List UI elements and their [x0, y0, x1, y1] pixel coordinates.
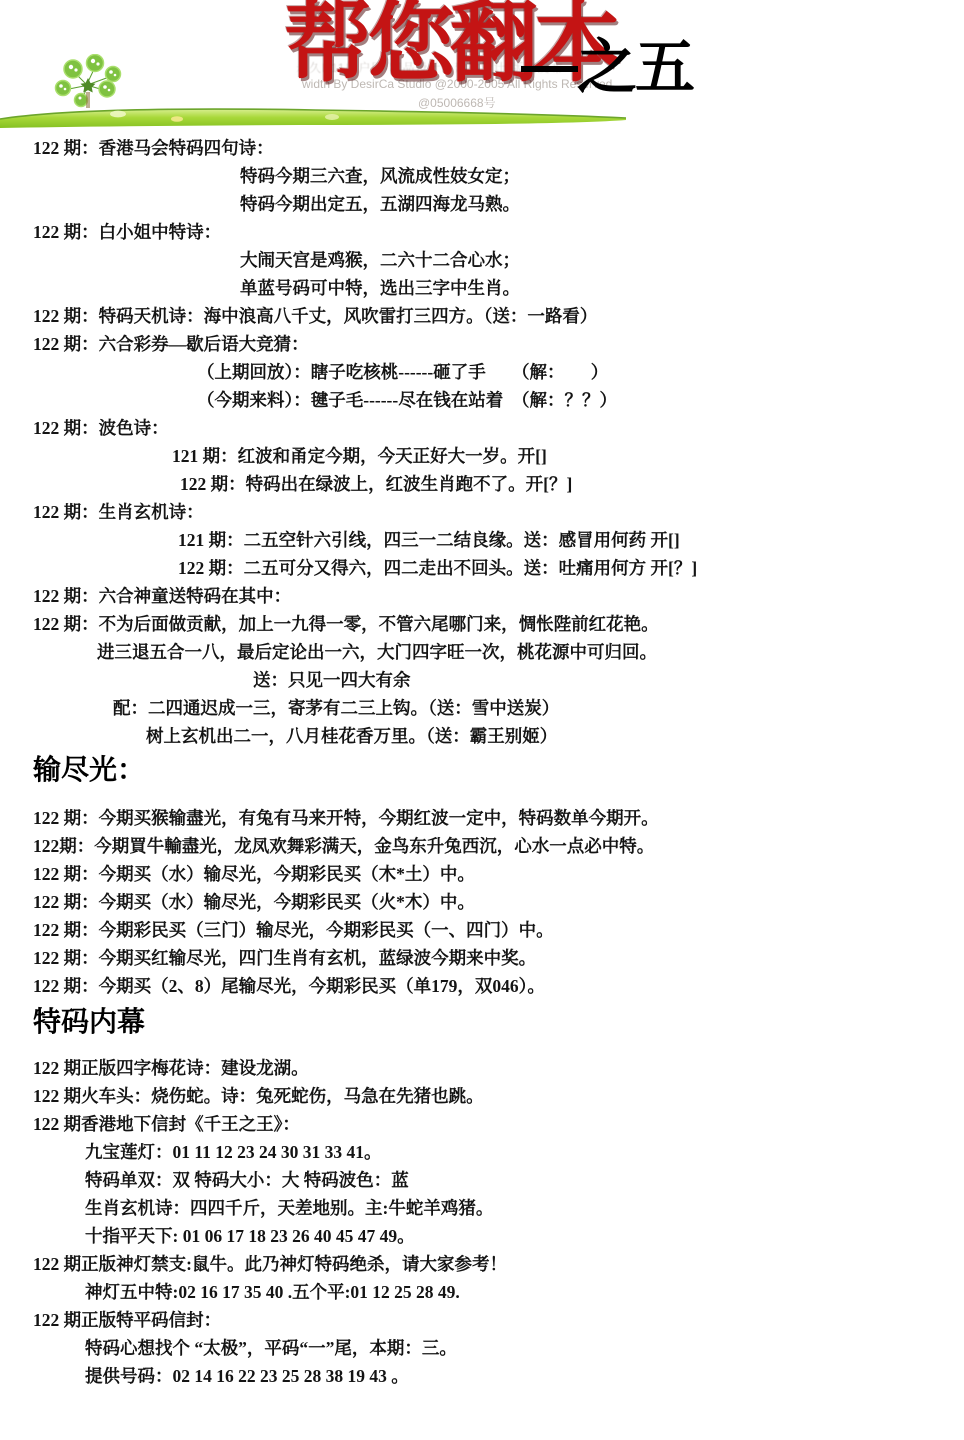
text-line: 122 期：今期买猴输盡光，有兔有马来开特，今期红波一定中，特码数单今期开。 — [33, 804, 964, 832]
text-line: 特码今期三六查，风流成性妓女定； — [240, 162, 964, 190]
text-line: 122 期：白小姐中特诗： — [33, 218, 964, 246]
section-heading-shujinguang: 输尽光： — [33, 754, 964, 788]
text-line: 122 期：六合彩券—歇后语大竞猜： — [33, 330, 964, 358]
text-line: 特码心想找个 “太极”，平码“一”尾，本期：三。 — [85, 1334, 964, 1362]
text-line: 122 期：二五可分又得六，四二走出不回头。送：吐痛用何方 开[？] — [178, 554, 964, 582]
text-line: 单蓝号码可中特，选出三字中生肖。 — [240, 274, 964, 302]
text-line: 进三退五合一八，最后定论出一六，大门四字旺一次，桃花源中可归回。 — [97, 638, 964, 666]
text-line: 122 期：波色诗： — [33, 414, 964, 442]
text-line: 122 期火车头：烧伤蛇。诗：兔死蛇伤，马急在先猪也跳。 — [33, 1082, 964, 1110]
text-line: 122 期：香港马会特码四句诗： — [33, 134, 964, 162]
text-line: （上期回放）：瞎子吃核桃------砸了手 （解： ） — [197, 358, 964, 386]
text-line: 生肖玄机诗：四四千斤，天差地别。主:牛蛇羊鸡猪。 — [85, 1194, 964, 1222]
text-line: 122期：今期買牛輸盡光，龙凤欢舞彩满天，金鸟东升兔西沉，心水一点必中特。 — [33, 832, 964, 860]
page-header: 永久B11门户网·精品设计｜建站设计·版权发布 width By DesirCa… — [0, 0, 964, 134]
text-line: 特码单双：双 特码大小：大 特码波色：蓝 — [85, 1166, 964, 1194]
text-line: 树上玄机出二一，八月桂花香万里。（送：霸王别姬） — [146, 722, 964, 750]
text-line: 122 期正版特平码信封： — [33, 1306, 964, 1334]
text-line: 122 期：今期买（水）输尽光，今期彩民买（火*木）中。 — [33, 888, 964, 916]
text-line: 神灯五中特:02 16 17 35 40 .五个平:01 12 25 28 49… — [85, 1278, 964, 1306]
page-title-calligraphy: 帮您翻本 — [284, 0, 616, 98]
text-line: （今期来料）：毽子毛------尽在钱在站着 （解：？？） — [197, 386, 964, 414]
text-line: 122 期：今期买（水）输尽光，今期彩民买（木*土）中。 — [33, 860, 964, 888]
page-title-suffix: 之五 — [577, 38, 693, 98]
text-line: 122 期：特码出在绿波上，红波生肖跑不了。开[？] — [180, 470, 964, 498]
text-line: 大闹天宫是鸡猴，二六十二合心水； — [240, 246, 964, 274]
text-line: 送：只见一四大有余 — [253, 666, 964, 694]
section-heading-neimu: 特码内幕 — [33, 1006, 964, 1040]
text-line: 配：二四通迟成一三，寄茅有二三上钩。（送：雪中送炭） — [113, 694, 964, 722]
neimu-section: 122 期正版四字梅花诗：建设龙湖。122 期火车头：烧伤蛇。诗：兔死蛇伤，马急… — [0, 1054, 964, 1390]
text-line: 122 期：今期彩民买（三门）输尽光，今期彩民买（一、四门）中。 — [33, 916, 964, 944]
text-line: 提供号码：02 14 16 22 23 25 28 38 19 43 。 — [85, 1362, 964, 1390]
scanned-lottery-tipsheet-page: 永久B11门户网·精品设计｜建站设计·版权发布 width By DesirCa… — [0, 0, 964, 1440]
text-line: 122 期：今期买红输尽光，四门生肖有玄机，蓝绿波今期来中奖。 — [33, 944, 964, 972]
document-body: 122 期：香港马会特码四句诗：特码今期三六查，风流成性妓女定；特码今期出定五，… — [0, 134, 964, 1390]
title-dash — [521, 66, 578, 72]
text-line: 特码今期出定五，五湖四海龙马熟。 — [240, 190, 964, 218]
text-line: 122 期正版神灯禁支:鼠牛。此乃神灯特码绝杀，请大家参考！ — [33, 1250, 964, 1278]
text-line: 121 期：二五空针六引线，四三一二结良缘。送：感冒用何药 开[] — [178, 526, 964, 554]
text-line: 122 期：六合神童送特码在其中： — [33, 582, 964, 610]
green-divider-band — [0, 103, 630, 130]
text-line: 122 期正版四字梅花诗：建设龙湖。 — [33, 1054, 964, 1082]
text-line: 122 期：特码天机诗：海中浪高八千丈，风吹雷打三四方。（送：一路看） — [33, 302, 964, 330]
intro-section: 122 期：香港马会特码四句诗：特码今期三六查，风流成性妓女定；特码今期出定五，… — [0, 134, 964, 750]
text-line: 122 期：生肖玄机诗： — [33, 498, 964, 526]
shujinguang-section: 122 期：今期买猴输盡光，有兔有马来开特，今期红波一定中，特码数单今期开。12… — [0, 804, 964, 1000]
text-line: 九宝莲灯：01 11 12 23 24 30 31 33 41。 — [85, 1138, 964, 1166]
text-line: 十指平天下: 01 06 17 18 23 26 40 45 47 49。 — [85, 1222, 964, 1250]
text-line: 122 期：不为后面做贡献，加上一九得一零，不管六尾哪门来，惆怅陛前红花艳。 — [33, 610, 964, 638]
text-line: 122 期：今期买（2、8）尾输尽光，今期彩民买（单179，双046）。 — [33, 972, 964, 1000]
text-line: 122 期香港地下信封《千王之王》： — [33, 1110, 964, 1138]
text-line: 121 期：红波和甬定今期，今天正好大一岁。开[] — [172, 442, 964, 470]
